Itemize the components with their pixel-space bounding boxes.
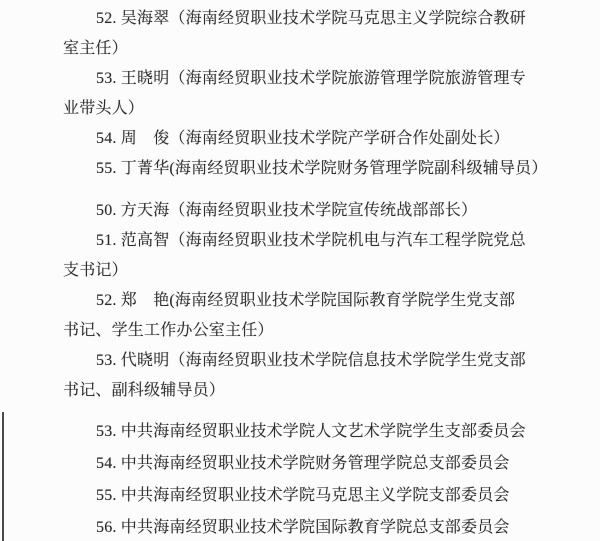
list-item-continuation-line: 支书记）: [63, 256, 600, 286]
list-item-line: 53. 王晓明（海南经贸职业技术学院旅游管理学院旅游管理专: [63, 64, 600, 94]
list-section-3: 53. 中共海南经贸职业技术学院人文艺术学院学生支部委员会 54. 中共海南经贸…: [63, 416, 600, 541]
list-item-line: 51. 范高智（海南经贸职业技术学院机电与汽车工程学院党总: [63, 226, 600, 256]
list-item-line: 55. 丁菁华(海南经贸职业技术学院财务管理学院副科级辅导员）: [63, 154, 600, 184]
list-item-continuation-line: 书记、学生工作办公室主任）: [63, 316, 600, 346]
list-section-1: 52. 吴海翠（海南经贸职业技术学院马克思主义学院综合教研 室主任） 53. 王…: [63, 4, 600, 184]
list-item-line: 53. 中共海南经贸职业技术学院人文艺术学院学生支部委员会: [63, 416, 600, 448]
left-border-artifact: [2, 412, 4, 541]
list-item-continuation-line: 室主任）: [63, 34, 600, 64]
list-item-line: 55. 中共海南经贸职业技术学院马克思主义学院支部委员会: [63, 480, 600, 512]
list-item-line: 56. 中共海南经贸职业技术学院国际教育学院总支部委员会: [63, 512, 600, 541]
list-section-2: 50. 方天海（海南经贸职业技术学院宣传统战部部长） 51. 范高智（海南经贸职…: [63, 196, 600, 406]
list-item-line: 54. 周 俊（海南经贸职业技术学院产学研合作处副处长）: [63, 124, 600, 154]
list-item-continuation-line: 书记、副科级辅导员）: [63, 376, 600, 406]
list-item-line: 53. 代晓明（海南经贸职业技术学院信息技术学院学生党支部: [63, 346, 600, 376]
list-item-line: 50. 方天海（海南经贸职业技术学院宣传统战部部长）: [63, 196, 600, 226]
document-page: 52. 吴海翠（海南经贸职业技术学院马克思主义学院综合教研 室主任） 53. 王…: [0, 0, 600, 541]
list-item-continuation-line: 业带头人）: [63, 94, 600, 124]
list-item-line: 54. 中共海南经贸职业技术学院财务管理学院总支部委员会: [63, 448, 600, 480]
list-item-line: 52. 郑 艳(海南经贸职业技术学院国际教育学院学生党支部: [63, 286, 600, 316]
list-item-line: 52. 吴海翠（海南经贸职业技术学院马克思主义学院综合教研: [63, 4, 600, 34]
